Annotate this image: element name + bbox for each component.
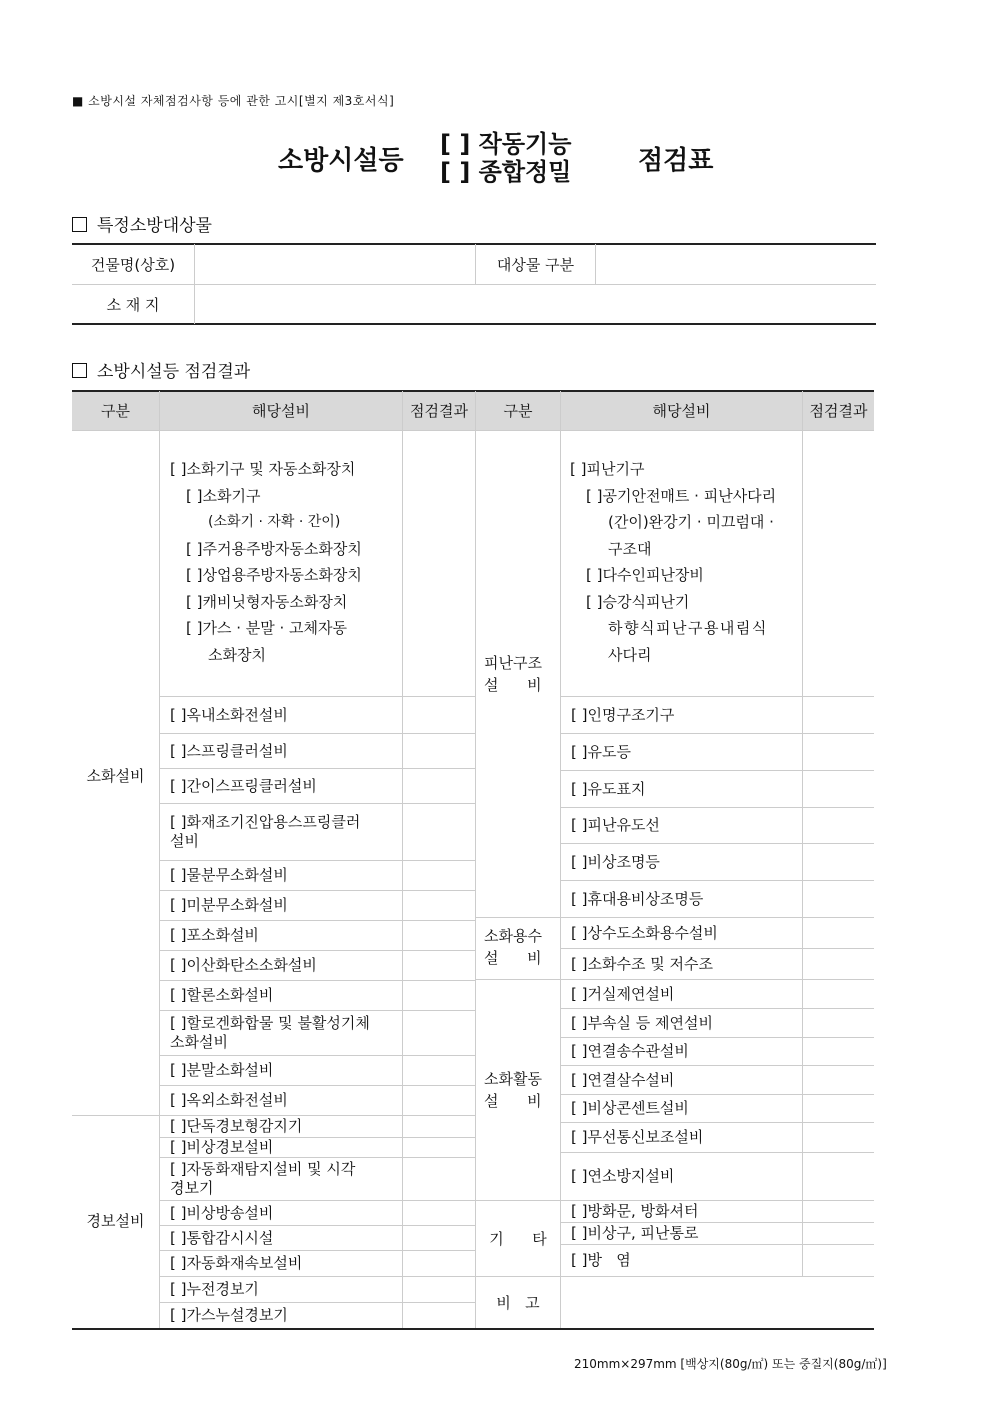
checkbox-item[interactable]: [ ]분말소화설비: [160, 1056, 402, 1085]
item-note: (소화기 · 자확 · 간이): [170, 509, 400, 536]
category-fire-suppression: 소화설비: [72, 740, 159, 810]
item-continuation: 사다리: [570, 642, 800, 669]
section2-title: 소방시설등 점검결과: [97, 362, 250, 382]
checkbox-item[interactable]: [ ]가스누설경보기: [160, 1303, 402, 1328]
col-header-equipment: 해당설비: [160, 391, 402, 430]
building-name-label: 건물명(상호): [72, 244, 194, 284]
checkbox-item[interactable]: [ ]상업용주방자동소화장치: [170, 562, 400, 589]
option-operational-check[interactable]: [ ] 작동기능: [440, 130, 571, 158]
location-field[interactable]: [195, 285, 875, 323]
object-type-label: 대상물 구분: [476, 244, 595, 284]
checkbox-item[interactable]: [ ]포소화설비: [160, 921, 402, 950]
checkbox-item[interactable]: [ ]피난유도선: [561, 808, 802, 843]
remarks-field[interactable]: [561, 1277, 874, 1328]
category-water-supply: 소화용수 설 비: [484, 925, 552, 969]
checkbox-item[interactable]: [ ]누전경보기: [160, 1277, 402, 1302]
checkbox-item[interactable]: [ ]연결살수설비: [561, 1066, 802, 1094]
checkbox-item[interactable]: [ ]통합감시시설: [160, 1226, 402, 1250]
paper-spec-footer: 210mm×297mm [백상지(80g/㎡) 또는 중질지(80g/㎡)]: [574, 1355, 887, 1372]
checkbox-item[interactable]: [ ]간이스프링클러설비: [160, 769, 402, 803]
square-bullet-icon: [72, 363, 87, 378]
checkbox-item[interactable]: [ ]부속실 등 제연설비: [561, 1009, 802, 1037]
item-continuation: 하향식피난구용내림식: [570, 615, 800, 642]
checkbox-item[interactable]: [ ]비상경보설비: [160, 1138, 402, 1157]
title-options: [ ] 작동기능 [ ] 종합정밀: [440, 130, 571, 186]
location-label: 소 재 지: [72, 285, 194, 323]
item-continuation: 소화장치: [170, 642, 400, 669]
checkbox-item[interactable]: [ ]소화수조 및 저수조: [561, 949, 802, 979]
category-firefighting: 소화활동 설 비: [484, 1068, 552, 1112]
checkbox-item[interactable]: [ ]유도등: [561, 734, 802, 770]
checkbox-item[interactable]: [ ]옥외소화전설비: [160, 1086, 402, 1115]
divider: [72, 1328, 874, 1330]
checkbox-item[interactable]: [ ]비상방송설비: [160, 1201, 402, 1225]
fire-extinguisher-group[interactable]: [ ]소화기구 및 자동소화장치 [ ]소화기구 (소화기 · 자확 · 간이)…: [170, 456, 400, 668]
checkbox-item[interactable]: [ ]휴대용비상조명등: [561, 881, 802, 917]
checkbox-item[interactable]: [ ]피난기구: [570, 456, 800, 483]
col-header-equipment: 해당설비: [561, 391, 802, 430]
checkbox-item[interactable]: [ ]비상조명등: [561, 844, 802, 880]
checkbox-item[interactable]: [ ]다수인피난장비: [570, 562, 800, 589]
category-alarm: 경보설비: [72, 1190, 159, 1250]
item-continuation: 구조대: [570, 536, 800, 563]
checkbox-item[interactable]: [ ]할로겐화합물 및 불활성기체 소화설비: [160, 1011, 402, 1055]
checkbox-item[interactable]: [ ]공기안전매트 · 피난사다리: [570, 483, 800, 510]
col-header-category: 구분: [476, 391, 560, 430]
category-other: 기 타: [476, 1201, 560, 1276]
col-header-category: 구분: [72, 391, 159, 430]
divider: [802, 391, 803, 1276]
col-header-result: 점검결과: [403, 391, 475, 430]
checkbox-item[interactable]: [ ]소화기구 및 자동소화장치: [170, 456, 400, 483]
divider: [72, 430, 874, 431]
evacuation-equipment-group[interactable]: [ ]피난기구 [ ]공기안전매트 · 피난사다리 (간이)완강기 · 미끄럼대…: [570, 456, 800, 668]
checkbox-item[interactable]: [ ]이산화탄소소화설비: [160, 951, 402, 980]
checkbox-item[interactable]: [ ]유도표지: [561, 771, 802, 807]
object-type-field[interactable]: [596, 244, 876, 284]
option-comprehensive-check[interactable]: [ ] 종합정밀: [440, 158, 571, 186]
checkbox-item[interactable]: [ ]물분무소화설비: [160, 861, 402, 890]
title-prefix: 소방시설등: [278, 140, 404, 177]
checkbox-item[interactable]: [ ]자동화재탐지설비 및 시각 경보기: [160, 1158, 402, 1200]
section1-title: 특정소방대상물: [97, 216, 212, 236]
checkbox-item[interactable]: [ ]소화기구: [170, 483, 400, 510]
checkbox-item[interactable]: [ ]인명구조기구: [561, 697, 802, 733]
checkbox-item[interactable]: [ ]스프링클러설비: [160, 734, 402, 768]
section-heading-results: 소방시설등 점검결과: [72, 357, 250, 382]
checkbox-item[interactable]: [ ]방화문, 방화셔터: [561, 1201, 802, 1222]
checkbox-item[interactable]: [ ]무선통신보조설비: [561, 1123, 802, 1152]
checkbox-item[interactable]: [ ]상수도소화용수설비: [561, 918, 802, 948]
title-suffix: 점검표: [638, 140, 713, 177]
checkbox-item[interactable]: [ ]단독경보형감지기: [160, 1116, 402, 1137]
remarks-label: 비 고: [476, 1277, 560, 1328]
checkbox-item[interactable]: [ ]미분무소화설비: [160, 891, 402, 920]
checkbox-item[interactable]: [ ]비상구, 피난통로: [561, 1223, 802, 1244]
col-header-result: 점검결과: [803, 391, 874, 430]
building-name-field[interactable]: [195, 244, 475, 284]
divider: [72, 323, 876, 325]
checkbox-item[interactable]: [ ]방 염: [561, 1245, 802, 1276]
checkbox-item[interactable]: [ ]비상콘센트설비: [561, 1095, 802, 1122]
square-bullet-icon: [72, 217, 87, 232]
checkbox-item[interactable]: [ ]연소방지설비: [561, 1153, 802, 1200]
checkbox-item[interactable]: [ ]주거용주방자동소화장치: [170, 536, 400, 563]
item-continuation: (간이)완강기 · 미끄럼대 ·: [570, 509, 800, 536]
checkbox-item[interactable]: [ ]캐비닛형자동소화장치: [170, 589, 400, 616]
checkbox-item[interactable]: [ ]승강식피난기: [570, 589, 800, 616]
checkbox-item[interactable]: [ ]할론소화설비: [160, 981, 402, 1010]
checkbox-item[interactable]: [ ]옥내소화전설비: [160, 697, 402, 733]
divider: [475, 391, 476, 1328]
checkbox-item[interactable]: [ ]가스 · 분말 · 고체자동: [170, 615, 400, 642]
form-identifier: ■ 소방시설 자체점검사항 등에 관한 고시[별지 제3호서식]: [72, 92, 394, 109]
section-heading-target: 특정소방대상물: [72, 211, 212, 236]
checkbox-item[interactable]: [ ]화재조기진압용스프링클러 설비: [160, 804, 402, 860]
category-evacuation: 피난구조 설 비: [484, 652, 552, 696]
checkbox-item[interactable]: [ ]자동화재속보설비: [160, 1251, 402, 1276]
checkbox-item[interactable]: [ ]거실제연설비: [561, 980, 802, 1008]
checkbox-item[interactable]: [ ]연결송수관설비: [561, 1038, 802, 1065]
